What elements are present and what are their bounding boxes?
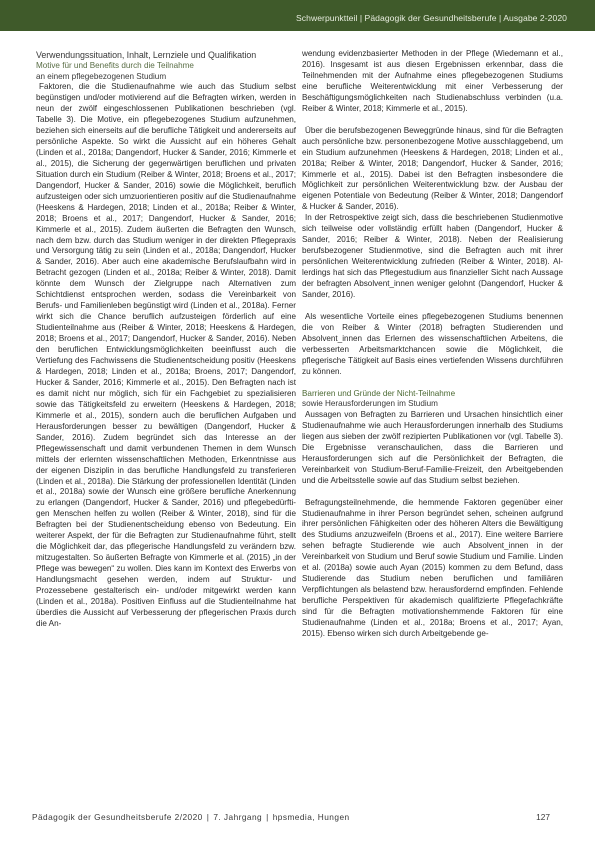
header-band: Schwerpunktteil | Pädagogik der Gesundhe… <box>0 0 595 31</box>
subheading-barriers-line1: Barrieren und Gründe der Nicht-Teilnahme <box>302 389 563 400</box>
body-paragraph: Als wesentliche Vorteile eines pflegebez… <box>302 312 563 378</box>
body-paragraph: In der Retrospektive zeigt sich, dass di… <box>302 213 563 301</box>
body-paragraph: Über die berufsbezogenen Beweggründe hin… <box>302 126 563 214</box>
footer-publisher: hpsmedia, Hungen <box>273 812 350 822</box>
footer-journal: Pädagogik der Gesundheitsberufe 2/2020 <box>32 812 203 822</box>
subheading-barriers-line2: sowie Herausforderungen im Studium <box>302 399 563 410</box>
subheading-motives-line2: an einem pflegebezogenen Studium <box>36 72 296 83</box>
running-title: Schwerpunktteil | Pädagogik der Gesundhe… <box>296 13 567 23</box>
body-paragraph: Aussagen von Befragten zu Barrieren und … <box>302 410 563 487</box>
left-column: Verwendungssituation, Inhalt, Lernziele … <box>36 50 296 630</box>
body-paragraph: Faktoren, die die Studienaufnahme wie au… <box>36 82 296 630</box>
section-heading: Verwendungssituation, Inhalt, Lernziele … <box>36 50 296 61</box>
page-footer: Pädagogik der Gesundheitsberufe 2/2020|7… <box>32 812 562 822</box>
body-paragraph: wendung evidenzbasierter Methoden in der… <box>302 49 563 115</box>
footer-separator: | <box>262 812 273 822</box>
subheading-barriers: Barrieren und Gründe der Nicht-Teilnahme… <box>302 389 563 410</box>
subheading-motives-line1: Motive für und Benefits durch die Teilna… <box>36 61 296 72</box>
body-paragraph: Befragungsteilnehmende, die hemmende Fak… <box>302 498 563 640</box>
footer-separator: | <box>203 812 214 822</box>
right-column: wendung evidenzbasierter Methoden in der… <box>302 49 563 640</box>
page-number: 127 <box>536 812 550 822</box>
footer-volume: 7. Jahrgang <box>213 812 262 822</box>
